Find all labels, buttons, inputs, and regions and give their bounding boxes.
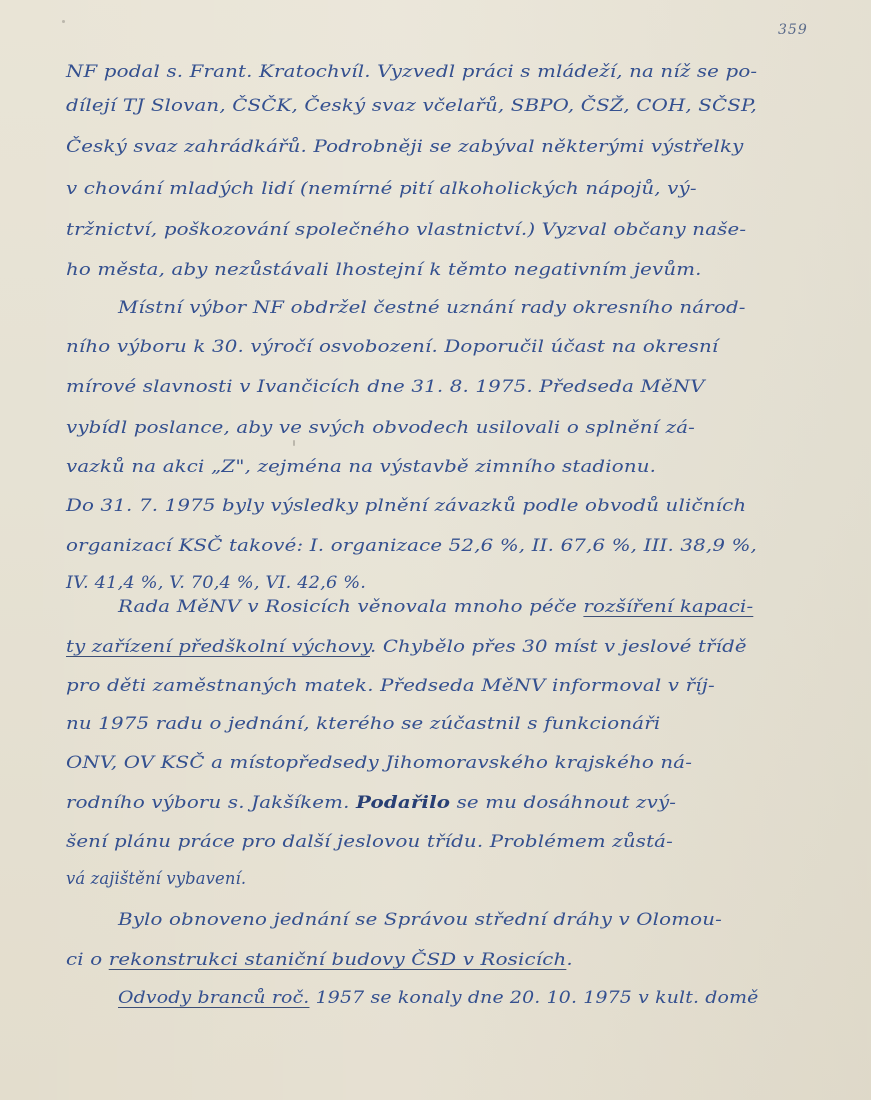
text-line: ci o rekonstrukci staniční budovy ČSD v …: [66, 950, 573, 970]
underlined-phrase: rekonstrukci staniční budovy ČSD v Rosic…: [109, 950, 567, 970]
text-line: ONV, OV KSČ a místopředsedy Jihomoravské…: [66, 753, 692, 773]
text-line: tržnictví, poškozování společného vlastn…: [66, 220, 746, 240]
text-line: šení plánu práce pro další jeslovou tříd…: [66, 832, 673, 852]
text-line: mírové slavnosti v Ivančicích dne 31. 8.…: [66, 377, 705, 397]
text-line: rodního výboru s. Jakšíkem. Podařilo se …: [66, 793, 676, 813]
handwritten-chronicle-page: 359 NF podal s. Frant. Kratochvíl. Vyzve…: [0, 0, 871, 1100]
underlined-phrase: Odvody branců roč.: [118, 988, 309, 1008]
text-line: vazků na akci „Z", zejména na výstavbě z…: [66, 457, 656, 477]
page-number: 359: [778, 22, 808, 38]
text-line: ho města, aby nezůstávali lhostejní k tě…: [66, 260, 702, 280]
text-line: nu 1975 radu o jednání, kterého se zúčas…: [66, 714, 660, 734]
text-line: Do 31. 7. 1975 byly výsledky plnění záva…: [66, 496, 746, 516]
text-line: vybídl poslance, aby ve svých obvodech u…: [66, 418, 695, 438]
text-line: IV. 41,4 %, V. 70,4 %, VI. 42,6 %.: [66, 573, 366, 593]
text-line: Český svaz zahrádkářů. Podrobněji se zab…: [66, 137, 743, 157]
emphasized-word: Podařilo: [356, 793, 450, 813]
paper-speck: [293, 440, 295, 446]
text-line: ty zařízení předškolní výchovy. Chybělo …: [66, 637, 747, 657]
text-line: organizací KSČ takové: I. organizace 52,…: [66, 536, 757, 556]
text-line: NF podal s. Frant. Kratochvíl. Vyzvedl p…: [66, 62, 757, 82]
text-line: ního výboru k 30. výročí osvobození. Dop…: [66, 337, 718, 357]
text-line: vá zajištění vybavení.: [66, 869, 246, 889]
text-line: Odvody branců roč. 1957 se konaly dne 20…: [118, 988, 758, 1008]
text-line: Bylo obnoveno jednání se Správou střední…: [118, 910, 722, 930]
text-line: pro děti zaměstnaných matek. Předseda Mě…: [66, 676, 715, 696]
paper-speck: [62, 20, 65, 23]
underlined-phrase: ty zařízení předškolní výchovy: [66, 637, 370, 657]
text-line: Místní výbor NF obdržel čestné uznání ra…: [118, 298, 746, 318]
text-line: Rada MěNV v Rosicích věnovala mnoho péče…: [118, 597, 753, 617]
underlined-phrase: rozšíření kapaci-: [583, 597, 753, 617]
text-line: dílejí TJ Slovan, ČSČK, Český svaz včela…: [66, 96, 757, 116]
text-line: v chování mladých lidí (nemírné pití alk…: [66, 179, 697, 199]
